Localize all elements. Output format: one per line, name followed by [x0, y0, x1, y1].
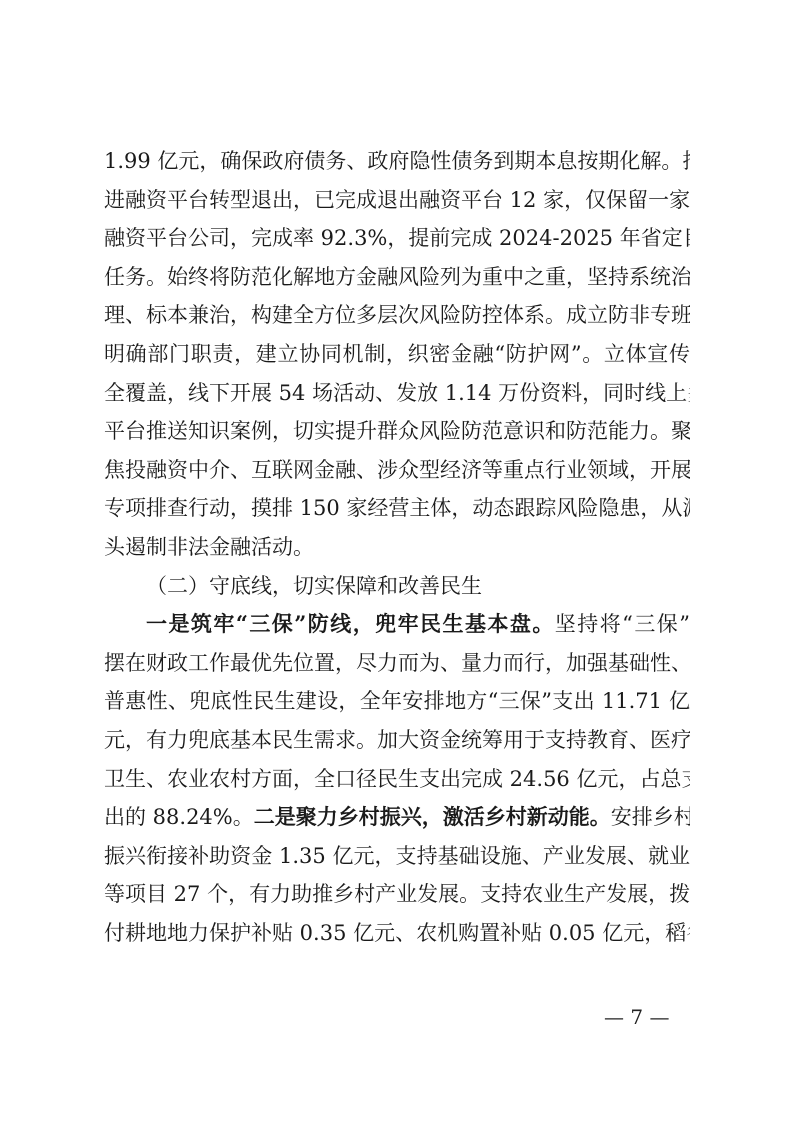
text-line: 元，有力兜底基本民生需求。加大资金统筹用于支持教育、医疗	[104, 721, 690, 760]
text-line: 付耕地地力保护补贴 0.35 亿元、农机购置补贴 0.05 亿元，稻谷	[104, 914, 690, 953]
text-run: 出的 88.24%。	[104, 805, 254, 829]
bold-lead: 二是聚力乡村振兴，激活乡村新动能。	[254, 804, 611, 829]
text-line: 全覆盖，线下开展 54 场活动、发放 1.14 万份资料，同时线上多	[104, 374, 690, 413]
text-line: 专项排查行动，摸排 150 家经营主体，动态跟踪风险隐患，从源	[104, 489, 690, 528]
section-heading: （二）守底线，切实保障和改善民生	[104, 567, 690, 606]
text-line: 任务。始终将防范化解地方金融风险列为重中之重，坚持系统治	[104, 258, 690, 297]
document-body: 1.99 亿元，确保政府债务、政府隐性债务到期本息按期化解。推 进融资平台转型退…	[104, 142, 690, 952]
text-line: 明确部门职责，建立协同机制，织密金融“防护网”。立体宣传	[104, 335, 690, 374]
page-number: — 7 —	[604, 1005, 669, 1029]
bold-lead: 一是筑牢“三保”防线，兜牢民生基本盘。	[146, 611, 555, 636]
text-line: 振兴衔接补助资金 1.35 亿元，支持基础设施、产业发展、就业	[104, 837, 690, 876]
text-line: 头遏制非法金融活动。	[104, 528, 690, 567]
text-line: 摆在财政工作最优先位置，尽力而为、量力而行，加强基础性、	[104, 644, 690, 683]
text-line: 卫生、农业农村方面，全口径民生支出完成 24.56 亿元，占总支	[104, 760, 690, 799]
text-run: 坚持将“三保”	[555, 612, 690, 636]
text-line: 进融资平台转型退出，已完成退出融资平台 12 家，仅保留一家	[104, 181, 690, 220]
text-line: 理、标本兼治，构建全方位多层次风险防控体系。成立防非专班，	[104, 296, 690, 335]
text-run: 安排乡村	[611, 805, 690, 829]
text-line: 焦投融资中介、互联网金融、涉众型经济等重点行业领域，开展	[104, 451, 690, 490]
text-line: 1.99 亿元，确保政府债务、政府隐性债务到期本息按期化解。推	[104, 142, 690, 181]
text-line: 融资平台公司，完成率 92.3%，提前完成 2024-2025 年省定目标	[104, 219, 690, 258]
text-line: 普惠性、兜底性民生建设，全年安排地方“三保”支出 11.71 亿	[104, 682, 690, 721]
text-line: 等项目 27 个，有力助推乡村产业发展。支持农业生产发展，拨	[104, 875, 690, 914]
paragraph-line: 一是筑牢“三保”防线，兜牢民生基本盘。坚持将“三保”	[104, 605, 690, 644]
text-line: 平台推送知识案例，切实提升群众风险防范意识和防范能力。聚	[104, 412, 690, 451]
paragraph-line: 出的 88.24%。二是聚力乡村振兴，激活乡村新动能。安排乡村	[104, 798, 690, 837]
